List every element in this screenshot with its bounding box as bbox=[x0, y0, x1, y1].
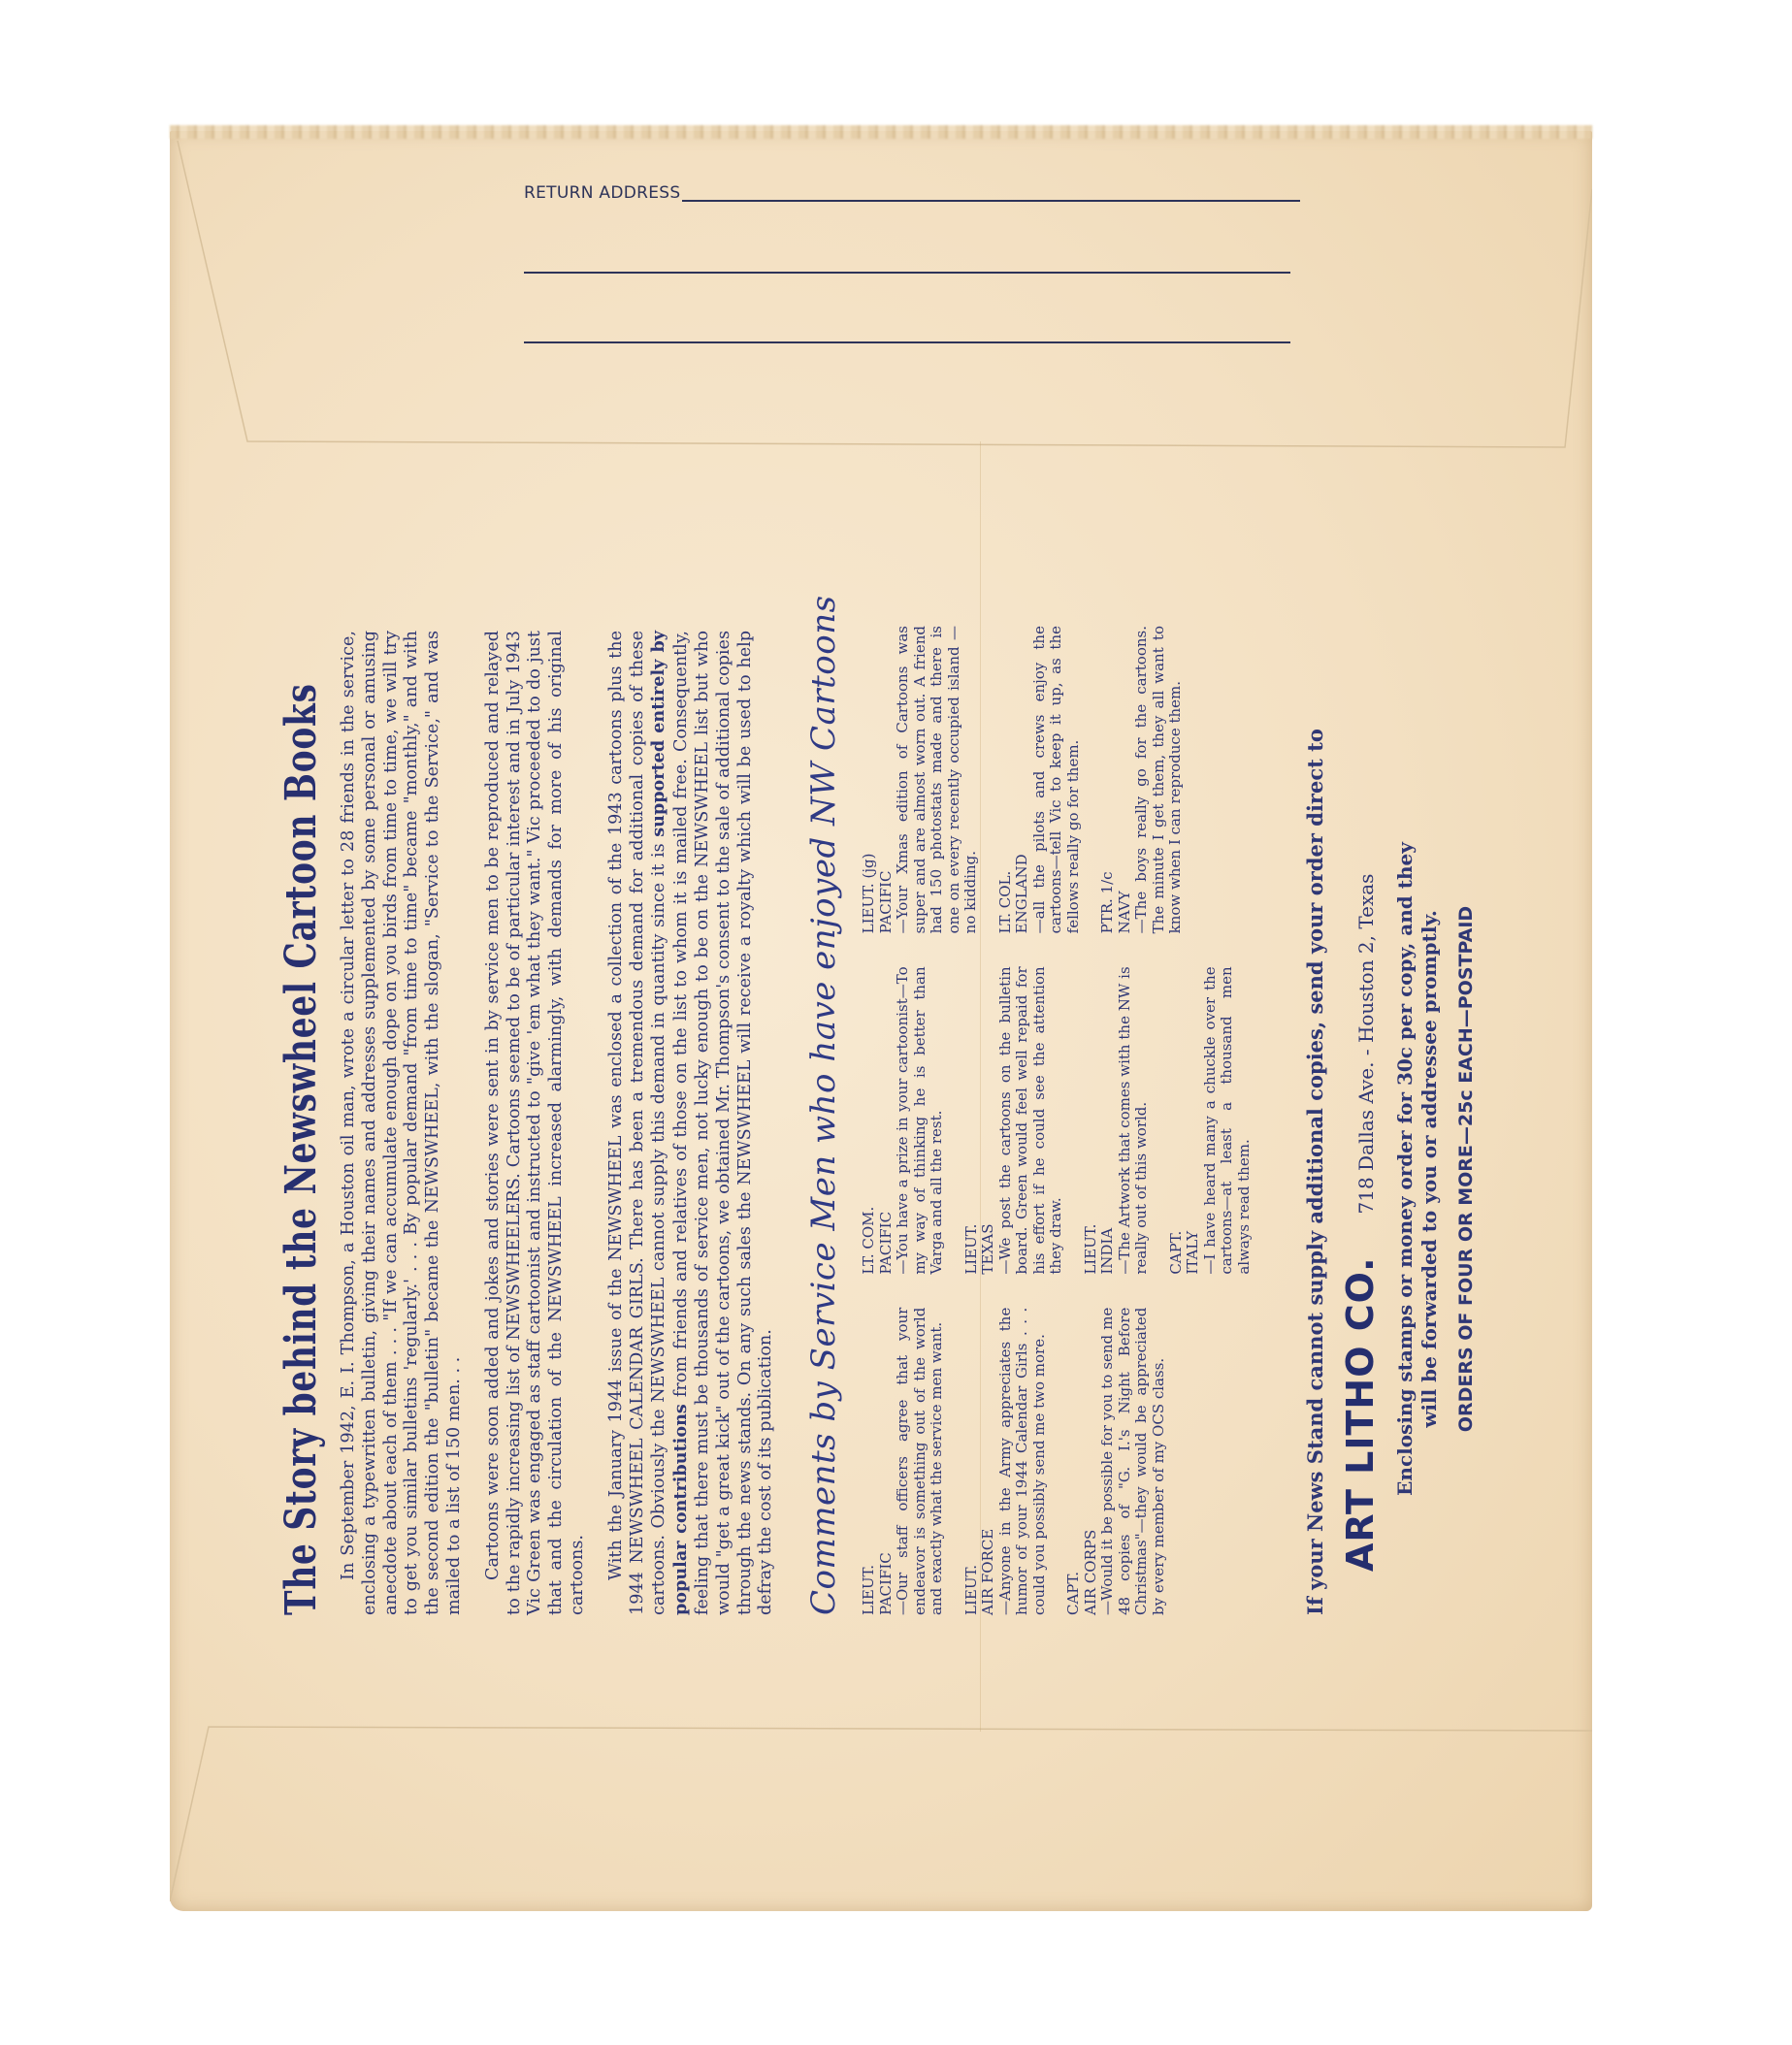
comment-rank: LIEUT. bbox=[963, 1518, 981, 1615]
comment: PTR. 1/cNAVY—The boys really go for the … bbox=[1099, 626, 1185, 933]
comment-quote: —all the pilots and crews enjoy the cart… bbox=[1031, 626, 1083, 933]
company-row: ART LITHO CO. 718 Dallas Ave. - Houston … bbox=[1339, 606, 1382, 1615]
story-paragraph-1: In September 1942, E. I. Thompson, a Hou… bbox=[339, 631, 466, 1615]
comment: LIEUT.INDIA—The Artwork that comes with … bbox=[1083, 966, 1151, 1274]
comment-rank: LIEUT. bbox=[963, 1178, 981, 1275]
order-intro: If your News Stand cannot supply additio… bbox=[1303, 606, 1327, 1615]
order-block: If your News Stand cannot supply additio… bbox=[1303, 606, 1477, 1615]
comment: LIEUT.AIR FORCE—Anyone in the Army appre… bbox=[963, 1308, 1049, 1615]
return-address-block: RETURN ADDRESS bbox=[524, 182, 1300, 202]
story-title: The Story behind the Newswheel Cartoon B… bbox=[277, 609, 327, 1615]
comment-place: PACIFIC bbox=[878, 1178, 896, 1275]
comment: LIEUT.PACIFIC—Our staff officers agree t… bbox=[861, 1308, 946, 1615]
return-address-label: RETURN ADDRESS bbox=[524, 184, 680, 202]
comment-rank: LT. COL. bbox=[997, 836, 1015, 933]
comments-grid: LIEUT.PACIFIC—Our staff officers agree t… bbox=[861, 626, 1270, 1615]
order-instructions: Enclosing stamps or money order for 30c … bbox=[1393, 820, 1442, 1518]
bulk-price: ORDERS OF FOUR OR MORE—25c EACH—POSTPAID bbox=[1455, 820, 1477, 1518]
comment-place: NAVY bbox=[1117, 836, 1134, 933]
comments-column-2: LT. COM.PACIFIC—You have a prize in your… bbox=[861, 966, 1270, 1274]
comment-rank: CAPT. bbox=[1168, 1178, 1186, 1275]
comment: CAPT.AIR CORPS—Would it be possible for … bbox=[1065, 1308, 1167, 1615]
comment: LT. COL.ENGLAND—all the pilots and crews… bbox=[997, 626, 1083, 933]
bottom-flap bbox=[170, 1717, 1592, 1911]
comment-quote: —The Artwork that comes with the NW is r… bbox=[1117, 966, 1151, 1274]
comment-rank: LT. COM. bbox=[861, 1178, 878, 1275]
story-paragraph-3: With the January 1944 issue of the NEWSW… bbox=[606, 631, 777, 1615]
comment-rank: CAPT. bbox=[1065, 1518, 1083, 1615]
comment-quote: —I have heard many a chuckle over the ca… bbox=[1202, 966, 1254, 1274]
comment-place: INDIA bbox=[1099, 1178, 1117, 1275]
comments-column-3: LIEUT. (jg)PACIFIC—Your Xmas edition of … bbox=[861, 626, 1270, 933]
comments-title: Comments by Service Men who have enjoyed… bbox=[804, 325, 843, 1615]
printed-panel: The Story behind the Newswheel Cartoon B… bbox=[277, 325, 1383, 1615]
comment-quote: —Our staff officers agree that your ende… bbox=[895, 1308, 946, 1615]
comment-rank: PTR. 1/c bbox=[1099, 836, 1117, 933]
comment-quote: —Would it be possible for you to send me… bbox=[1099, 1308, 1167, 1615]
comment-place: ITALY bbox=[1185, 1178, 1202, 1275]
comment-rank: LIEUT. (jg) bbox=[861, 836, 878, 933]
comment-quote: —You have a prize in your cartoonist—To … bbox=[895, 966, 946, 1274]
comment-quote: —Anyone in the Army appreciates the humo… bbox=[997, 1308, 1049, 1615]
comment-place: TEXAS bbox=[980, 1178, 997, 1275]
comment-rank: LIEUT. bbox=[861, 1518, 878, 1615]
comment-quote: —The boys really go for the cartoons. Th… bbox=[1133, 626, 1185, 933]
return-address-line-1[interactable] bbox=[682, 200, 1300, 202]
comments-column-1: LIEUT.PACIFIC—Our staff officers agree t… bbox=[861, 1308, 1270, 1615]
comment-place: ENGLAND bbox=[1014, 836, 1031, 933]
comment: LT. COM.PACIFIC—You have a prize in your… bbox=[861, 966, 946, 1274]
comment-place: AIR FORCE bbox=[980, 1518, 997, 1615]
story-paragraph-2: Cartoons were soon added and jokes and s… bbox=[483, 631, 589, 1615]
comment-quote: —We post the cartoons on the bulletin bo… bbox=[997, 966, 1065, 1274]
return-address-line-2[interactable] bbox=[524, 272, 1290, 274]
comment: CAPT.ITALY—I have heard many a chuckle o… bbox=[1168, 966, 1254, 1274]
comment-rank: LIEUT. bbox=[1083, 1178, 1100, 1275]
comment-quote: —Your Xmas edition of Cartoons was super… bbox=[895, 626, 980, 933]
comment-place: PACIFIC bbox=[878, 836, 896, 933]
company-address: 718 Dallas Ave. - Houston 2, Texas bbox=[1354, 874, 1378, 1215]
comment-place: PACIFIC bbox=[878, 1518, 896, 1615]
comment: LIEUT.TEXAS—We post the cartoons on the … bbox=[963, 966, 1065, 1274]
comment-place: AIR CORPS bbox=[1083, 1518, 1100, 1615]
company-name: ART LITHO CO. bbox=[1339, 1256, 1382, 1572]
comment: LIEUT. (jg)PACIFIC—Your Xmas edition of … bbox=[861, 626, 980, 933]
